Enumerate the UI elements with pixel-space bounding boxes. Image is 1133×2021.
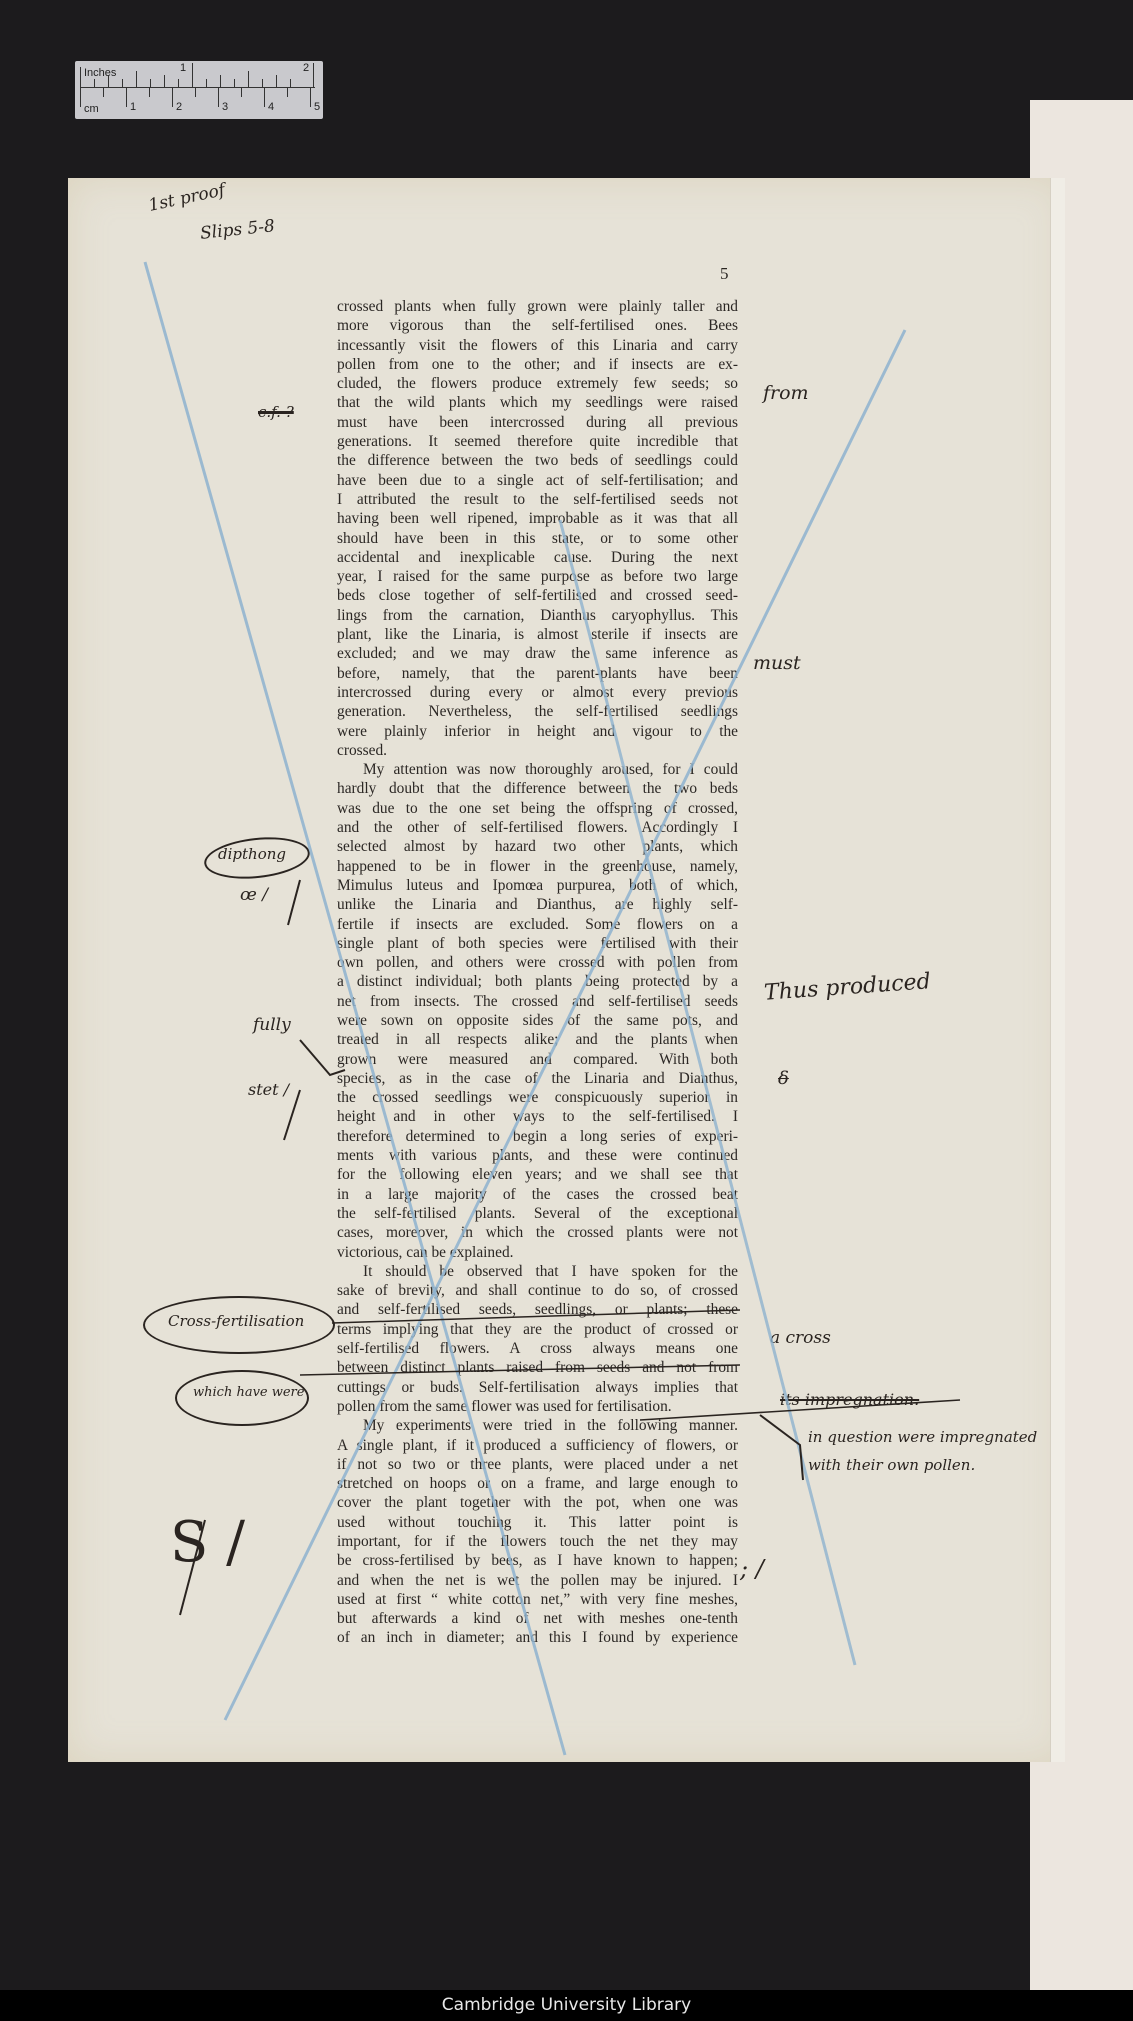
text-line: happened to be in flower in the greenhou…	[337, 857, 738, 876]
text-line: be cross-fertilised by bees, as I have k…	[337, 1551, 738, 1570]
ruler-cm-5: 5	[314, 101, 320, 113]
margin-note-cf: c.f. ?	[258, 403, 294, 421]
ruler-cm-1: 1	[130, 101, 136, 113]
margin-note-dipthong: dipthong	[218, 845, 286, 863]
text-line: intercrossed during every or almost ever…	[337, 683, 738, 702]
text-line: a distinct individual; both plants being…	[337, 972, 738, 991]
text-line: accidental and inexplicable cause. Durin…	[337, 548, 738, 567]
scale-ruler: Inches cm 1 2 1 2 3 4 5	[75, 61, 323, 119]
ruler-midline	[80, 87, 315, 88]
page-number: 5	[720, 264, 729, 284]
text-line: pollen from the same flower was used for…	[337, 1397, 738, 1416]
text-line: cover the plant together with the pot, w…	[337, 1493, 738, 1512]
text-line: and self-fertilised seeds, seedlings, or…	[337, 1300, 738, 1319]
ruler-inches-label: Inches	[84, 67, 116, 79]
text-line: the difference between the two beds of s…	[337, 451, 738, 470]
text-line: grown were measured and compared. With b…	[337, 1050, 738, 1069]
text-line: treated in all respects alike; and the p…	[337, 1030, 738, 1049]
text-line: used without touching it. This latter po…	[337, 1513, 738, 1532]
text-line: lings from the carnation, Dianthus caryo…	[337, 606, 738, 625]
text-line: used at first “ white cotton net,” with …	[337, 1590, 738, 1609]
text-line: incessantly visit the flowers of this Li…	[337, 336, 738, 355]
text-line: the crossed seedlings were conspicuously…	[337, 1088, 738, 1107]
margin-note-cross-fertilisation: Cross-fertilisation	[168, 1312, 304, 1330]
text-line: beds close together of self-fertilised a…	[337, 586, 738, 605]
text-line: was due to the one set being the offspri…	[337, 799, 738, 818]
margin-note-delete: δ	[778, 1068, 789, 1089]
text-line: between distinct plants raised from seed…	[337, 1358, 738, 1377]
text-line: in a large majority of the cases the cro…	[337, 1185, 738, 1204]
text-line: if not so two or three plants, were plac…	[337, 1455, 738, 1474]
margin-note-semicolon: ; /	[740, 1555, 764, 1583]
text-line: plant, like the Linaria, is almost steri…	[337, 625, 738, 644]
text-line: were plainly inferior in height and vigo…	[337, 722, 738, 741]
text-line: own pollen, and others were crossed with…	[337, 953, 738, 972]
text-line: height and in other ways to the self-fer…	[337, 1107, 738, 1126]
text-line: stretched on hoops or on a frame, and la…	[337, 1474, 738, 1493]
text-line: self-fertilised flowers. A cross always …	[337, 1339, 738, 1358]
text-line: net from insects. The crossed and self-f…	[337, 992, 738, 1011]
text-line: have been due to a single act of self-fe…	[337, 471, 738, 490]
margin-note-its-impregnation: its impregnation.	[780, 1390, 919, 1409]
text-line: and when the net is wet the pollen may b…	[337, 1571, 738, 1590]
text-line: the self-fertilised plants. Several of t…	[337, 1204, 738, 1223]
text-line: important, for if the flowers touch the …	[337, 1532, 738, 1551]
text-line: that the wild plants which my seedlings …	[337, 393, 738, 412]
text-line: My attention was now thoroughly aroused,…	[337, 760, 738, 779]
ruler-cm-label: cm	[84, 103, 99, 115]
ruler-cm-3: 3	[222, 101, 228, 113]
text-line: crossed.	[337, 741, 738, 760]
text-line: generation. Nevertheless, the self-ferti…	[337, 702, 738, 721]
margin-note-fully: fully	[253, 1015, 291, 1035]
ruler-inch-2: 2	[303, 62, 309, 74]
margin-note-a-cross: a cross	[770, 1328, 831, 1348]
footer-credit: Cambridge University Library	[0, 1990, 1133, 2021]
text-line: for the following eleven years; and we s…	[337, 1165, 738, 1184]
text-line: victorious, can be explained.	[337, 1243, 738, 1262]
text-line: sake of brevity, and shall continue to d…	[337, 1281, 738, 1300]
text-line: before, namely, that the parent-plants h…	[337, 664, 738, 683]
text-line: more vigorous than the self-fertilised o…	[337, 316, 738, 335]
text-line: Mimulus luteus and Ipomœa purpurea, both…	[337, 876, 738, 895]
text-line: must have been intercrossed during all p…	[337, 413, 738, 432]
text-line: unlike the Linaria and Dianthus, are hig…	[337, 895, 738, 914]
ruler-inch-1: 1	[180, 62, 186, 74]
text-line: of an inch in diameter; and this I found…	[337, 1628, 738, 1647]
text-line: cuttings or buds. Self-fertilisation alw…	[337, 1378, 738, 1397]
text-line: crossed plants when fully grown were pla…	[337, 297, 738, 316]
text-line: It should be observed that I have spoken…	[337, 1262, 738, 1281]
text-line: single plant of both species were fertil…	[337, 934, 738, 953]
text-line: fertile if insects are excluded. Some fl…	[337, 915, 738, 934]
text-line: and the other of self-fertilised flowers…	[337, 818, 738, 837]
margin-note-stet: stet /	[248, 1080, 289, 1099]
margin-note-s: S /	[170, 1510, 245, 1575]
text-line: selected almost by hazard two other plan…	[337, 837, 738, 856]
text-line: ments with various plants, and these wer…	[337, 1146, 738, 1165]
text-line: but afterwards a kind of net with meshes…	[337, 1609, 738, 1628]
text-line: pollen from one to the other; and if ins…	[337, 355, 738, 374]
margin-note-impregnated: in question were impregnated with their …	[808, 1423, 1038, 1479]
text-line: year, I raised for the same purpose as b…	[337, 567, 738, 586]
margin-note-oe: œ /	[240, 885, 268, 905]
text-line: cases, moreover, in which the crossed pl…	[337, 1223, 738, 1242]
text-line: were sown on opposite sides of the same …	[337, 1011, 738, 1030]
text-line: hardly doubt that the difference between…	[337, 779, 738, 798]
margin-note-which-were: which have were	[193, 1385, 304, 1400]
sheet-edge	[1050, 178, 1065, 1762]
text-line: excluded; and we may draw the same infer…	[337, 644, 738, 663]
text-line: species, as in the case of the Linaria a…	[337, 1069, 738, 1088]
margin-note-must: must	[753, 652, 801, 674]
text-line: having been well ripened, improbable as …	[337, 509, 738, 528]
ruler-cm-4: 4	[268, 101, 274, 113]
ruler-cm-2: 2	[176, 101, 182, 113]
text-line: generations. It seemed therefore quite i…	[337, 432, 738, 451]
text-line: My experiments were tried in the followi…	[337, 1416, 738, 1435]
text-line: A single plant, if it produced a suffici…	[337, 1436, 738, 1455]
text-line: therefore determined to begin a long ser…	[337, 1127, 738, 1146]
printed-text: crossed plants when fully grown were pla…	[337, 297, 738, 1648]
margin-note-from: from	[763, 382, 809, 404]
text-line: I attributed the result to the self-fert…	[337, 490, 738, 509]
text-line: terms implying that they are the product…	[337, 1320, 738, 1339]
text-line: should have been in this state, or to so…	[337, 529, 738, 548]
text-line: cluded, the flowers produce extremely fe…	[337, 374, 738, 393]
